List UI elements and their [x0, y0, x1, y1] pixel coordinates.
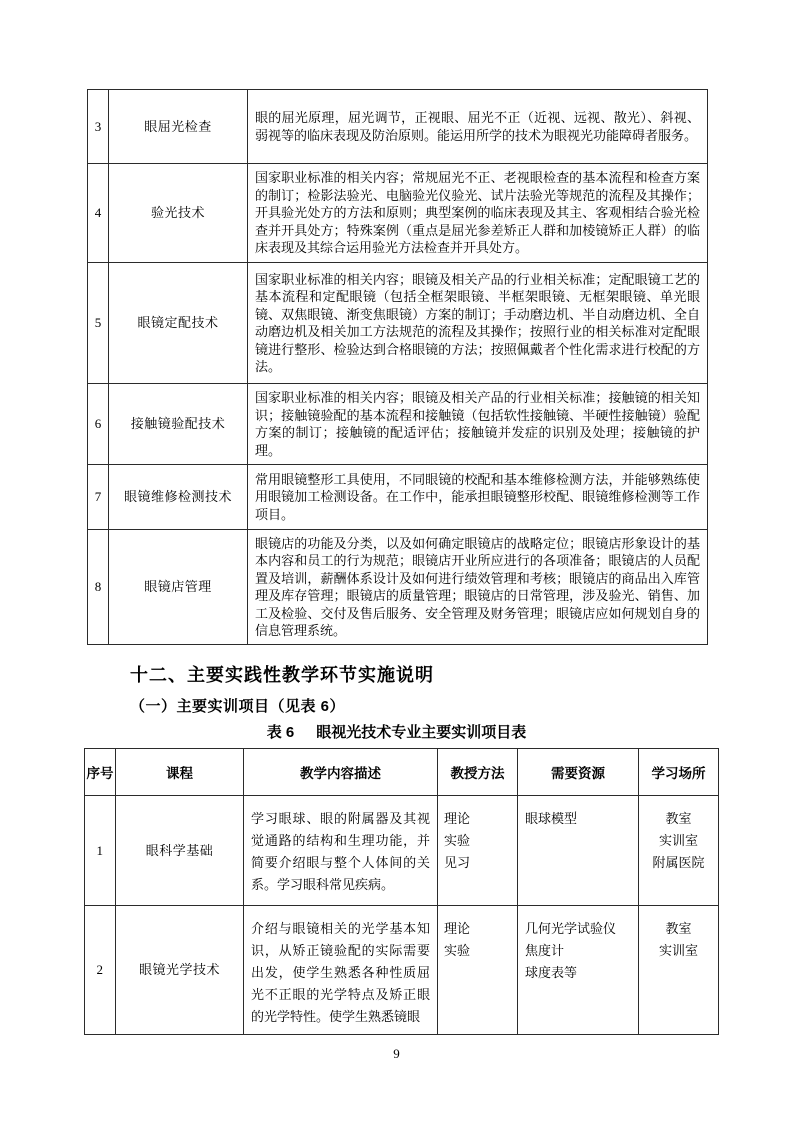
location-item: 教室 — [641, 808, 716, 830]
resource-item: 几何光学试验仪 — [525, 918, 634, 940]
teaching-content: 介绍与眼镜相关的光学基本知识，从矫正镜验配的实际需要出发，使学生熟悉各种性质屈光… — [244, 906, 438, 1035]
table-row: 1 眼科学基础 学习眼球、眼的附属器及其视觉通路的结构和生理功能，并简要介绍眼与… — [85, 796, 719, 906]
course-description: 眼镜店的功能及分类，以及如何确定眼镜店的战略定位；眼镜店形象设计的基本内容和员工… — [248, 530, 708, 645]
course-name: 验光技术 — [109, 164, 248, 263]
table-row: 6 接触镜验配技术 国家职业标准的相关内容；眼镜及相关产品的行业相关标准；接触镜… — [88, 384, 708, 465]
page-number: 9 — [0, 1046, 793, 1062]
table-caption-title: 眼视光技术专业主要实训项目表 — [316, 724, 526, 741]
row-number: 5 — [88, 263, 109, 384]
location-item: 实训室 — [641, 940, 716, 962]
row-number: 7 — [88, 465, 109, 530]
course-name: 眼镜定配技术 — [109, 263, 248, 384]
row-number: 1 — [85, 796, 116, 906]
course-description: 国家职业标准的相关内容；眼镜及相关产品的行业相关标准；接触镜的相关知识；接触镜验… — [248, 384, 708, 465]
column-header-resources: 需要资源 — [518, 749, 639, 796]
table-caption: 表 6眼视光技术专业主要实训项目表 — [0, 721, 793, 742]
method-item: 实验 — [444, 830, 513, 852]
course-name: 接触镜验配技术 — [109, 384, 248, 465]
table-header-row: 序号 课程 教学内容描述 教授方法 需要资源 学习场所 — [85, 749, 719, 796]
course-description-table: 3 眼屈光检查 眼的屈光原理，屈光调节，正视眼、屈光不正（近视、远视、散光）、斜… — [87, 89, 708, 645]
table-row: 7 眼镜维修检测技术 常用眼镜整形工具使用，不同眼镜的校配和基本维修检测方法，并… — [88, 465, 708, 530]
method-item: 理论 — [444, 918, 513, 940]
teaching-content: 学习眼球、眼的附属器及其视觉通路的结构和生理功能，并简要介绍眼与整个人体间的关系… — [244, 796, 438, 906]
table-caption-label: 表 6 — [267, 724, 295, 741]
course-name: 眼镜光学技术 — [116, 906, 244, 1035]
column-header-locations: 学习场所 — [639, 749, 719, 796]
column-header-course: 课程 — [116, 749, 244, 796]
location-item: 附属医院 — [641, 852, 716, 874]
column-header-description: 教学内容描述 — [244, 749, 438, 796]
table-row: 3 眼屈光检查 眼的屈光原理，屈光调节，正视眼、屈光不正（近视、远视、散光）、斜… — [88, 90, 708, 164]
course-name: 眼镜店管理 — [109, 530, 248, 645]
table-row: 5 眼镜定配技术 国家职业标准的相关内容；眼镜及相关产品的行业相关标准；定配眼镜… — [88, 263, 708, 384]
method-item: 理论 — [444, 808, 513, 830]
table-row: 8 眼镜店管理 眼镜店的功能及分类，以及如何确定眼镜店的战略定位；眼镜店形象设计… — [88, 530, 708, 645]
location-item: 实训室 — [641, 830, 716, 852]
course-description: 眼的屈光原理，屈光调节，正视眼、屈光不正（近视、远视、散光）、斜视、弱视等的临床… — [248, 90, 708, 164]
row-number: 6 — [88, 384, 109, 465]
course-name: 眼屈光检查 — [109, 90, 248, 164]
required-resources: 几何光学试验仪 焦度计 球度表等 — [518, 906, 639, 1035]
table-row: 2 眼镜光学技术 介绍与眼镜相关的光学基本知识，从矫正镜验配的实际需要出发，使学… — [85, 906, 719, 1035]
resource-item: 眼球模型 — [525, 808, 634, 830]
required-resources: 眼球模型 — [518, 796, 639, 906]
row-number: 3 — [88, 90, 109, 164]
column-header-no: 序号 — [85, 749, 116, 796]
location-item: 教室 — [641, 918, 716, 940]
method-item: 见习 — [444, 852, 513, 874]
course-description: 国家职业标准的相关内容；常规屈光不正、老视眼检查的基本流程和检查方案的制订；检影… — [248, 164, 708, 263]
learning-locations: 教室 实训室 — [639, 906, 719, 1035]
column-header-methods: 教授方法 — [438, 749, 518, 796]
course-description: 常用眼镜整形工具使用，不同眼镜的校配和基本维修检测方法，并能够熟练使用眼镜加工检… — [248, 465, 708, 530]
training-projects-table: 序号 课程 教学内容描述 教授方法 需要资源 学习场所 1 眼科学基础 学习眼球… — [84, 748, 719, 1035]
teaching-methods: 理论 实验 — [438, 906, 518, 1035]
resource-item: 球度表等 — [525, 962, 634, 984]
resource-item: 焦度计 — [525, 940, 634, 962]
table-row: 4 验光技术 国家职业标准的相关内容；常规屈光不正、老视眼检查的基本流程和检查方… — [88, 164, 708, 263]
course-description: 国家职业标准的相关内容；眼镜及相关产品的行业相关标准；定配眼镜工艺的基本流程和定… — [248, 263, 708, 384]
teaching-methods: 理论 实验 见习 — [438, 796, 518, 906]
row-number: 8 — [88, 530, 109, 645]
course-name: 眼镜维修检测技术 — [109, 465, 248, 530]
section-heading: 十二、主要实践性教学环节实施说明 — [130, 661, 434, 687]
learning-locations: 教室 实训室 附属医院 — [639, 796, 719, 906]
course-name: 眼科学基础 — [116, 796, 244, 906]
row-number: 2 — [85, 906, 116, 1035]
row-number: 4 — [88, 164, 109, 263]
section-subheading: （一）主要实训项目（见表 6） — [130, 695, 345, 716]
method-item: 实验 — [444, 940, 513, 962]
